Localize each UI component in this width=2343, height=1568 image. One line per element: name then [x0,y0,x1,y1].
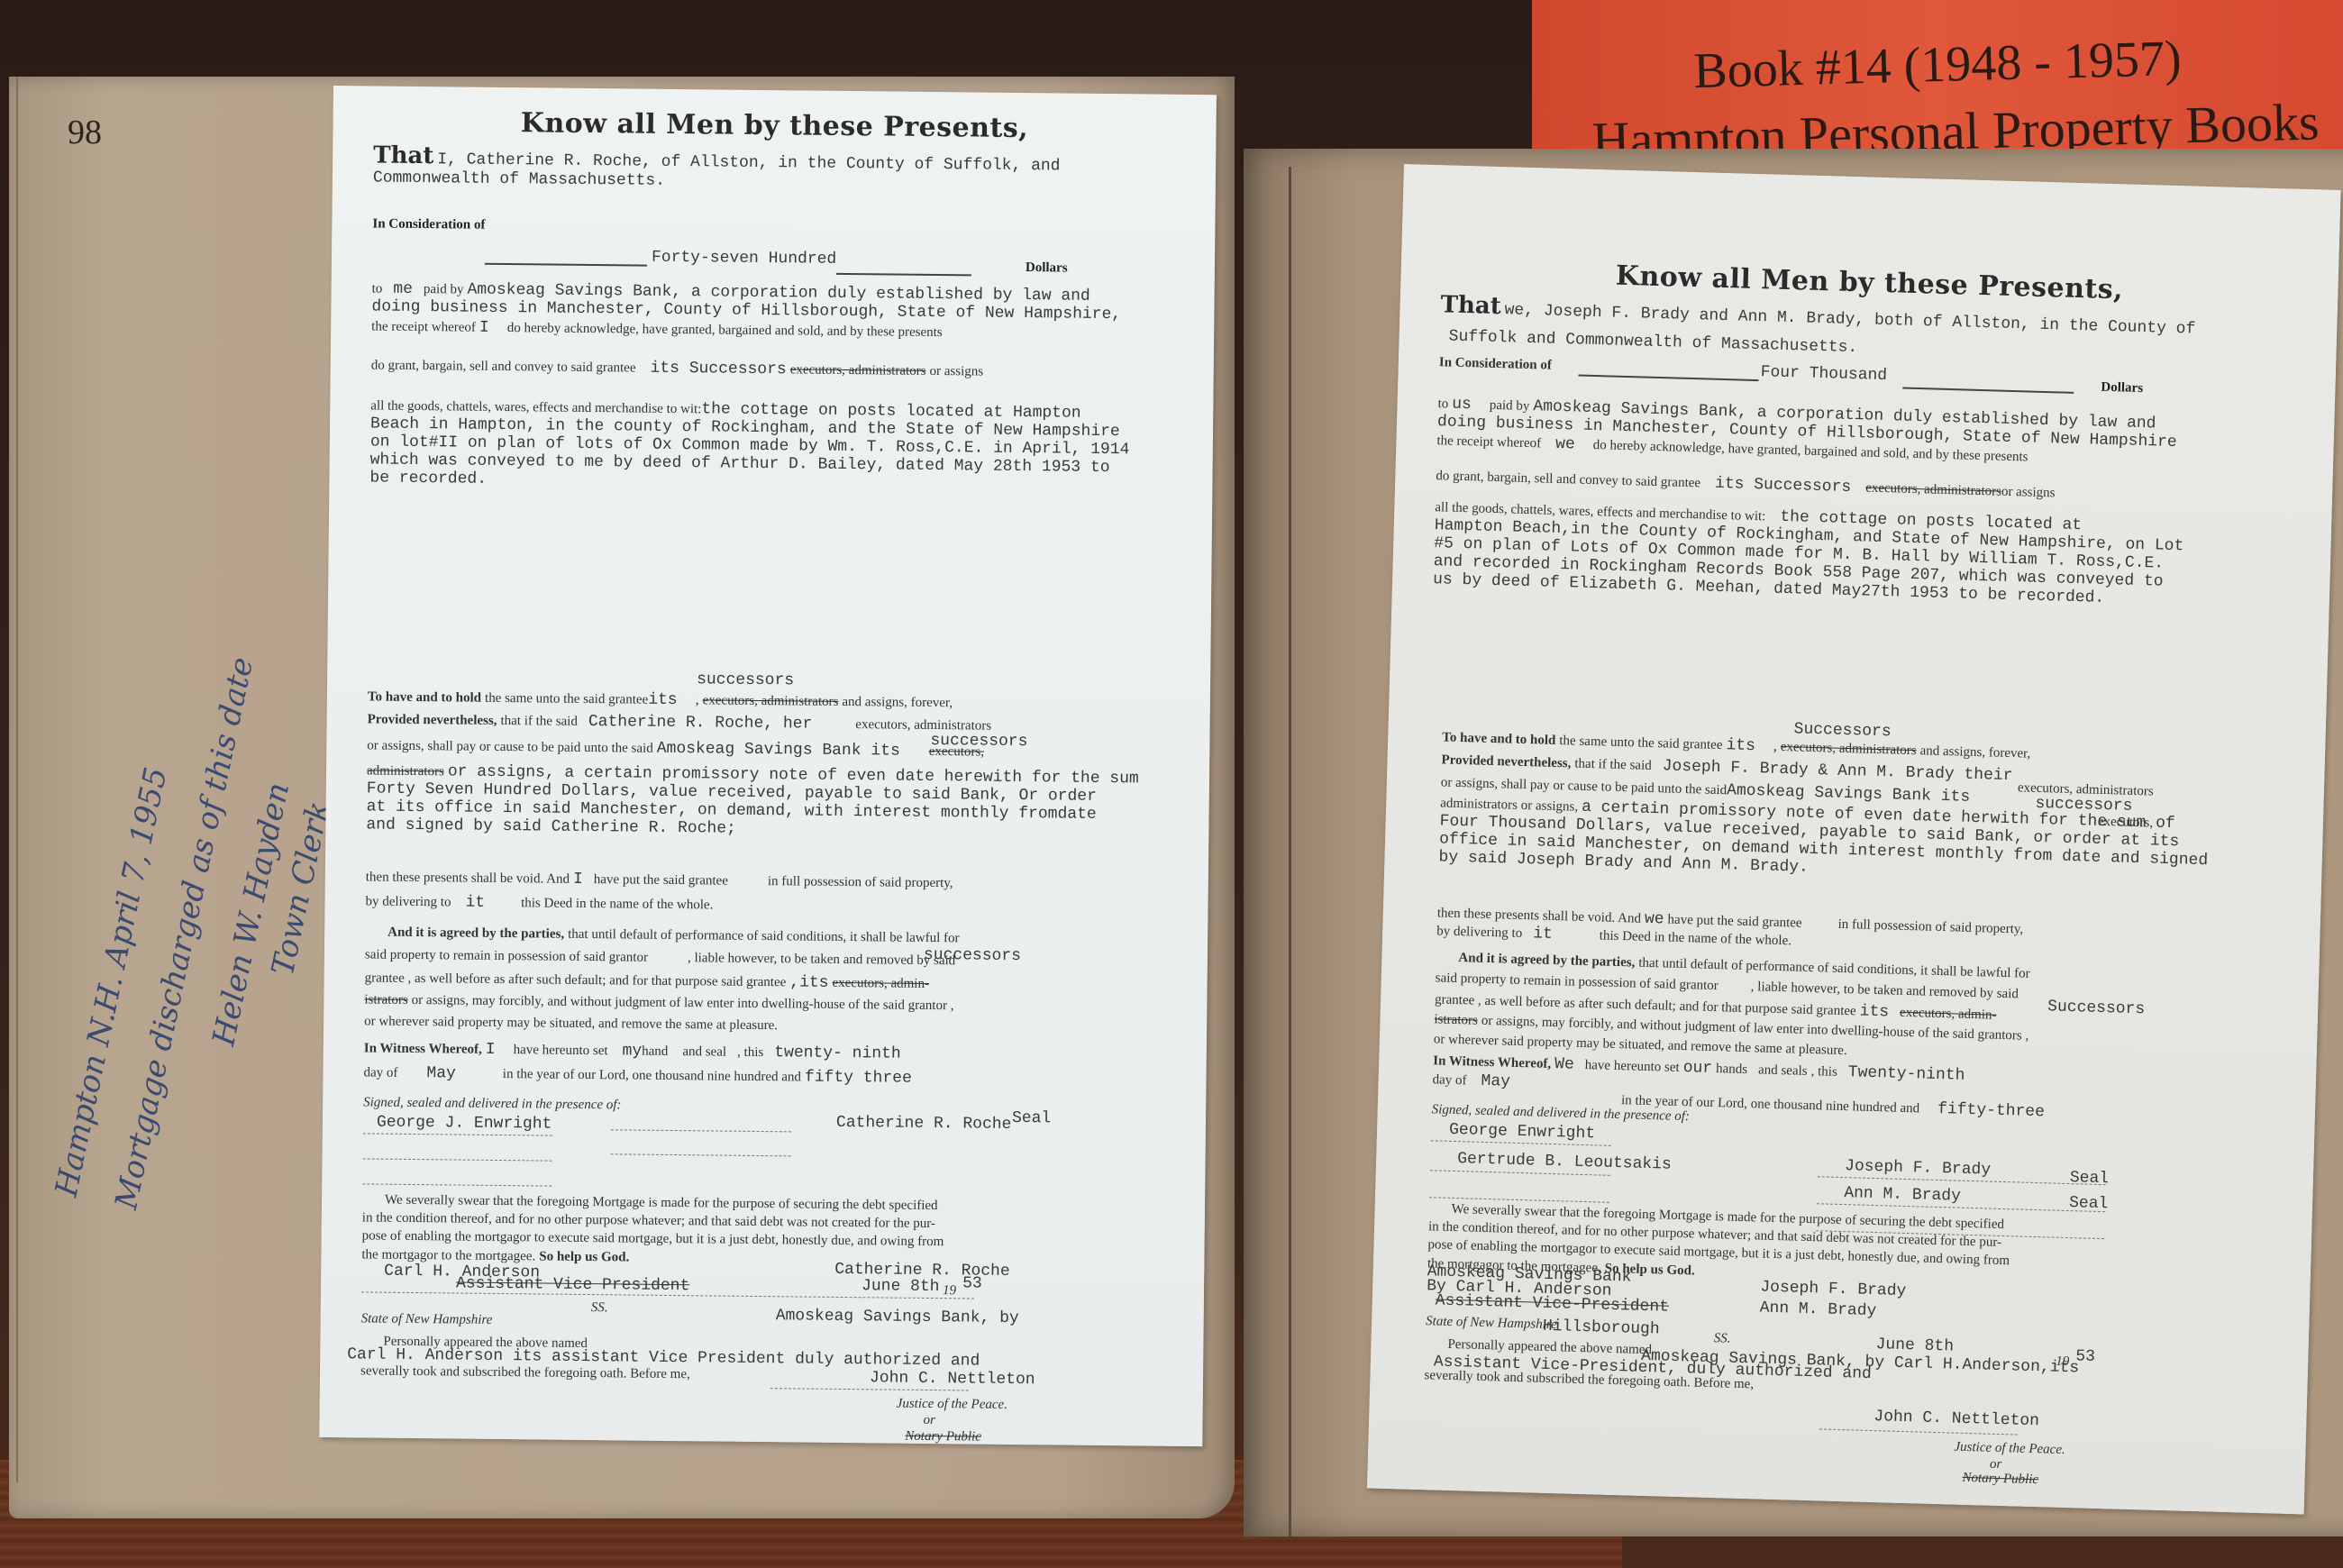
blank-rule [1902,387,2074,394]
struck-text: executors, administrators [703,693,839,709]
witness-this: , this [1810,1064,1837,1080]
hold-text: the same unto the said grantee [1559,734,1723,752]
consideration-label: In Consideration of [372,216,485,232]
justice-label: Justice of the Peace. [897,1397,1007,1412]
ack-date: June 8th [862,1277,940,1296]
agreed-label: And it is agreed by the parties, [1458,951,1635,970]
agreed-line: said property to remain in possession of… [365,947,648,964]
year-value: fifty three [805,1069,912,1088]
grantor-line: Commonwealth of Massachusetts. [373,169,665,189]
struck-text: executors, admin- [1900,1006,1997,1023]
provided-text: that if the said [500,714,578,729]
ack-bank: Amoskeag Savings Bank, by [776,1307,1019,1327]
hold-value: its [1726,736,1755,755]
oath-close: So help us God. [539,1249,629,1264]
struck-text: istrators [364,992,407,1007]
signature-line [770,1388,969,1390]
hold-above: successors [697,670,794,689]
struck-text: executors, administrators [790,362,926,378]
assigns-text: or assigns, shall pay or cause to be pai… [1441,775,1728,798]
struck-text: executors, admin- [832,976,929,991]
witness-hand: hands [1716,1062,1747,1077]
year-text: in the year of our Lord, one thousand ni… [503,1067,801,1084]
provided-text: that if the said [1574,757,1652,773]
dollars-label: Dollars [2101,380,2143,396]
agreed-value: ,its [789,973,828,991]
paid-by-label: paid by [424,282,464,296]
county-value: Hillsborough [1543,1317,1660,1339]
receipt-value: we [1555,435,1575,454]
consideration-label: In Consideration of [1439,355,1552,372]
state-label: State of New Hampshire [1426,1314,1557,1332]
blank-rule [836,273,971,277]
or-label: or [923,1413,935,1427]
agreed-value: its [1859,1002,1889,1021]
seal-label: Seal [1012,1109,1051,1127]
ack-year: 53 [962,1274,982,1292]
witness-day: Twenty-ninth [1848,1063,1965,1085]
agreed-above: successors [924,946,1021,965]
grant-rest: or assigns [929,364,983,379]
assigns-value: Amoskeag Savings Bank its [657,740,900,761]
witness-text: have hereunto set [514,1043,608,1058]
agreed-line: , liable however, to be taken and remove… [688,951,955,968]
void-value: I [573,871,583,889]
agreed-line: or assigns, may forcibly, and without ju… [412,993,954,1013]
oath-line: We severally swear that the foregoing Mo… [385,1193,938,1214]
witness-text: have hereunto set [1585,1058,1680,1075]
agreed-line: , liable however, to be taken and remove… [1751,980,2019,1001]
witness-value: I [486,1041,496,1059]
struck-text: executors, administrators [1865,480,2001,498]
void-rest: have put the said grantee [1667,912,1801,930]
assigns-text: or assigns, shall pay or cause to be pai… [367,738,653,755]
grant-rest: or assigns [2001,485,2056,501]
struck-text: executors, administrators [1781,740,1917,758]
provided-label: Provided nevertheless, [1441,752,1571,770]
grantor-line: Suffolk and Commonwealth of Massachusett… [1448,327,1857,357]
day-of-value: May [426,1064,456,1082]
grantor-signature: Ann M. Brady [1844,1184,1961,1206]
grantor-signature: Catherine R. Roche [836,1114,1012,1134]
to-label: to [1437,397,1448,411]
to-value: us [1452,396,1472,415]
blank-rule [1579,374,1759,381]
consideration-amount: Four Thousand [1760,363,1887,385]
agreed-line: grantee , as well before as after such d… [365,971,787,989]
struck-text: istrators [1434,1012,1478,1027]
witness-signature: George J. Enwright [377,1114,552,1134]
witness-value: We [1554,1055,1574,1074]
paid-by-label: paid by [1490,398,1530,414]
signature-line [363,1158,552,1161]
witness-seal: and seals [1758,1062,1808,1079]
grant-label: do grant, bargain, sell and convey to sa… [1436,469,1700,490]
hold-label: To have and to hold [368,689,481,705]
struck-text: Notary Public [1962,1471,2038,1487]
book-label-title: Book #14 (1948 - 1957) [1532,25,2343,105]
signature-line [1819,1428,2018,1435]
deliver-label: by delivering to [1436,924,1522,941]
void-rest: in full possession of said property, [1837,917,2023,937]
agreed-label: And it is agreed by the parties, [387,925,564,942]
to-label: to [372,281,383,296]
witness-day: twenty- ninth [774,1044,901,1062]
document-title: Know all Men by these Presents, [333,105,1216,146]
witness-hand: hand [642,1044,668,1059]
note-label: administrators or assigns, [1440,796,1578,814]
struck-text: administrators [367,763,444,779]
grant-label: do grant, bargain, sell and convey to sa… [371,358,636,375]
provided-label: Provided nevertheless, [368,712,497,728]
struck-text: executors, [929,744,984,760]
oath-signer-title: Assistant Vice President [456,1274,689,1295]
witness-label: In Witness Whereof, [1433,1053,1551,1071]
hold-text: the same unto the said grantee [485,691,648,707]
year-value: fifty-three [1937,1100,2045,1121]
mortgage-document-brady: Know all Men by these Presents, That we,… [1367,164,2341,1514]
signature-line [362,1183,552,1186]
receipt-label: the receipt whereof [1436,433,1541,451]
witness-this: , this [737,1045,763,1060]
oath-signer-title: Assistant Vice-President [1436,1291,1670,1316]
signature-line [363,1133,552,1135]
deliver-value: it [465,894,485,912]
grantor-signature: Joseph F. Brady [1845,1157,1992,1180]
ack-date: June 8th [1875,1336,1954,1355]
witness-signature: Gertrude B. Leoutsakis [1457,1150,1672,1174]
deliver-rest: this Deed in the name of the whole. [521,896,713,912]
grant-value: its Successors [1715,475,1852,497]
signature-line [611,1153,791,1156]
oath-signer: Joseph F. Brady [1760,1279,1907,1301]
witness-seal: and seal [682,1044,726,1060]
day-of-value: May [1481,1072,1510,1091]
page-number: 98 [68,113,102,152]
witness-signature: George Enwright [1449,1121,1596,1144]
void-rest: in full possession of said property, [768,874,953,890]
signature-line [611,1129,791,1132]
justice-label: Justice of the Peace. [1954,1440,2065,1457]
grant-value: its Successors [650,360,786,379]
or-label: or [1990,1457,2002,1472]
receipt-value: I [479,319,489,337]
agreed-line: said property to remain in possession of… [1436,971,1719,993]
page-edge [1289,167,1291,1536]
witness-label: In Witness Whereof, [364,1041,482,1056]
deliver-value: it [1533,925,1553,944]
ss-label: SS. [591,1300,608,1315]
page-edge [16,77,18,1482]
consideration-amount: Forty-seven Hundred [652,249,836,269]
witness-my: our [1682,1059,1712,1078]
hold-label: To have and to hold [1442,730,1556,748]
note-line: and signed by said Catherine R. Roche; [366,816,736,837]
dollars-label: Dollars [1026,260,1068,275]
provided-value: Catherine R. Roche, her [588,713,813,734]
signed-label: Signed, sealed and delivered in the pres… [363,1095,621,1112]
void-text: then these presents shall be void. And [366,870,570,886]
deliver-label: by delivering to [365,894,451,909]
agreed-above: Successors [2047,998,2146,1018]
justice-name: John C. Nettleton [1873,1408,2039,1430]
struck-text: Notary Public [905,1429,981,1445]
goods-label: all the goods, chattels, wares, effects … [370,398,701,416]
state-label: State of New Hampshire [361,1311,493,1327]
oath-taken: severally took and subscribed the forego… [360,1363,690,1382]
agreed-text: that until default of performance of sai… [568,927,960,946]
provided-rest: executors, administrators [855,717,991,734]
justice-name: John C. Nettleton [870,1369,1035,1389]
receipt-label: the receipt whereof [371,319,476,334]
hold-value: its [648,691,678,709]
oath-signer: Ann M. Brady [1759,1299,1876,1321]
hold-rest: and assigns, forever, [1919,743,2030,761]
to-value: me [393,280,413,298]
ss-label: SS. [1714,1331,1731,1346]
deliver-rest: this Deed in the name of the whole. [1600,928,1792,948]
day-of-label: day of [363,1065,397,1080]
agreed-line: or wherever said property may be situate… [364,1014,778,1034]
day-of-label: day of [1432,1072,1466,1088]
goods-line: be recorded. [369,469,487,488]
void-rest: have put the said grantee [594,872,728,889]
that-lead: That [1440,291,1501,320]
hold-rest: and assigns, forever, [842,695,953,710]
ack-year-prefix: 19 [943,1283,956,1298]
void-value: we [1645,910,1664,929]
blank-rule [485,263,647,267]
that-lead: That [373,141,433,169]
receipt-text: do hereby acknowledge, have granted, bar… [507,321,943,340]
mortgage-document-roche: Know all Men by these Presents, That I, … [319,86,1217,1446]
witness-my: my [622,1042,642,1060]
